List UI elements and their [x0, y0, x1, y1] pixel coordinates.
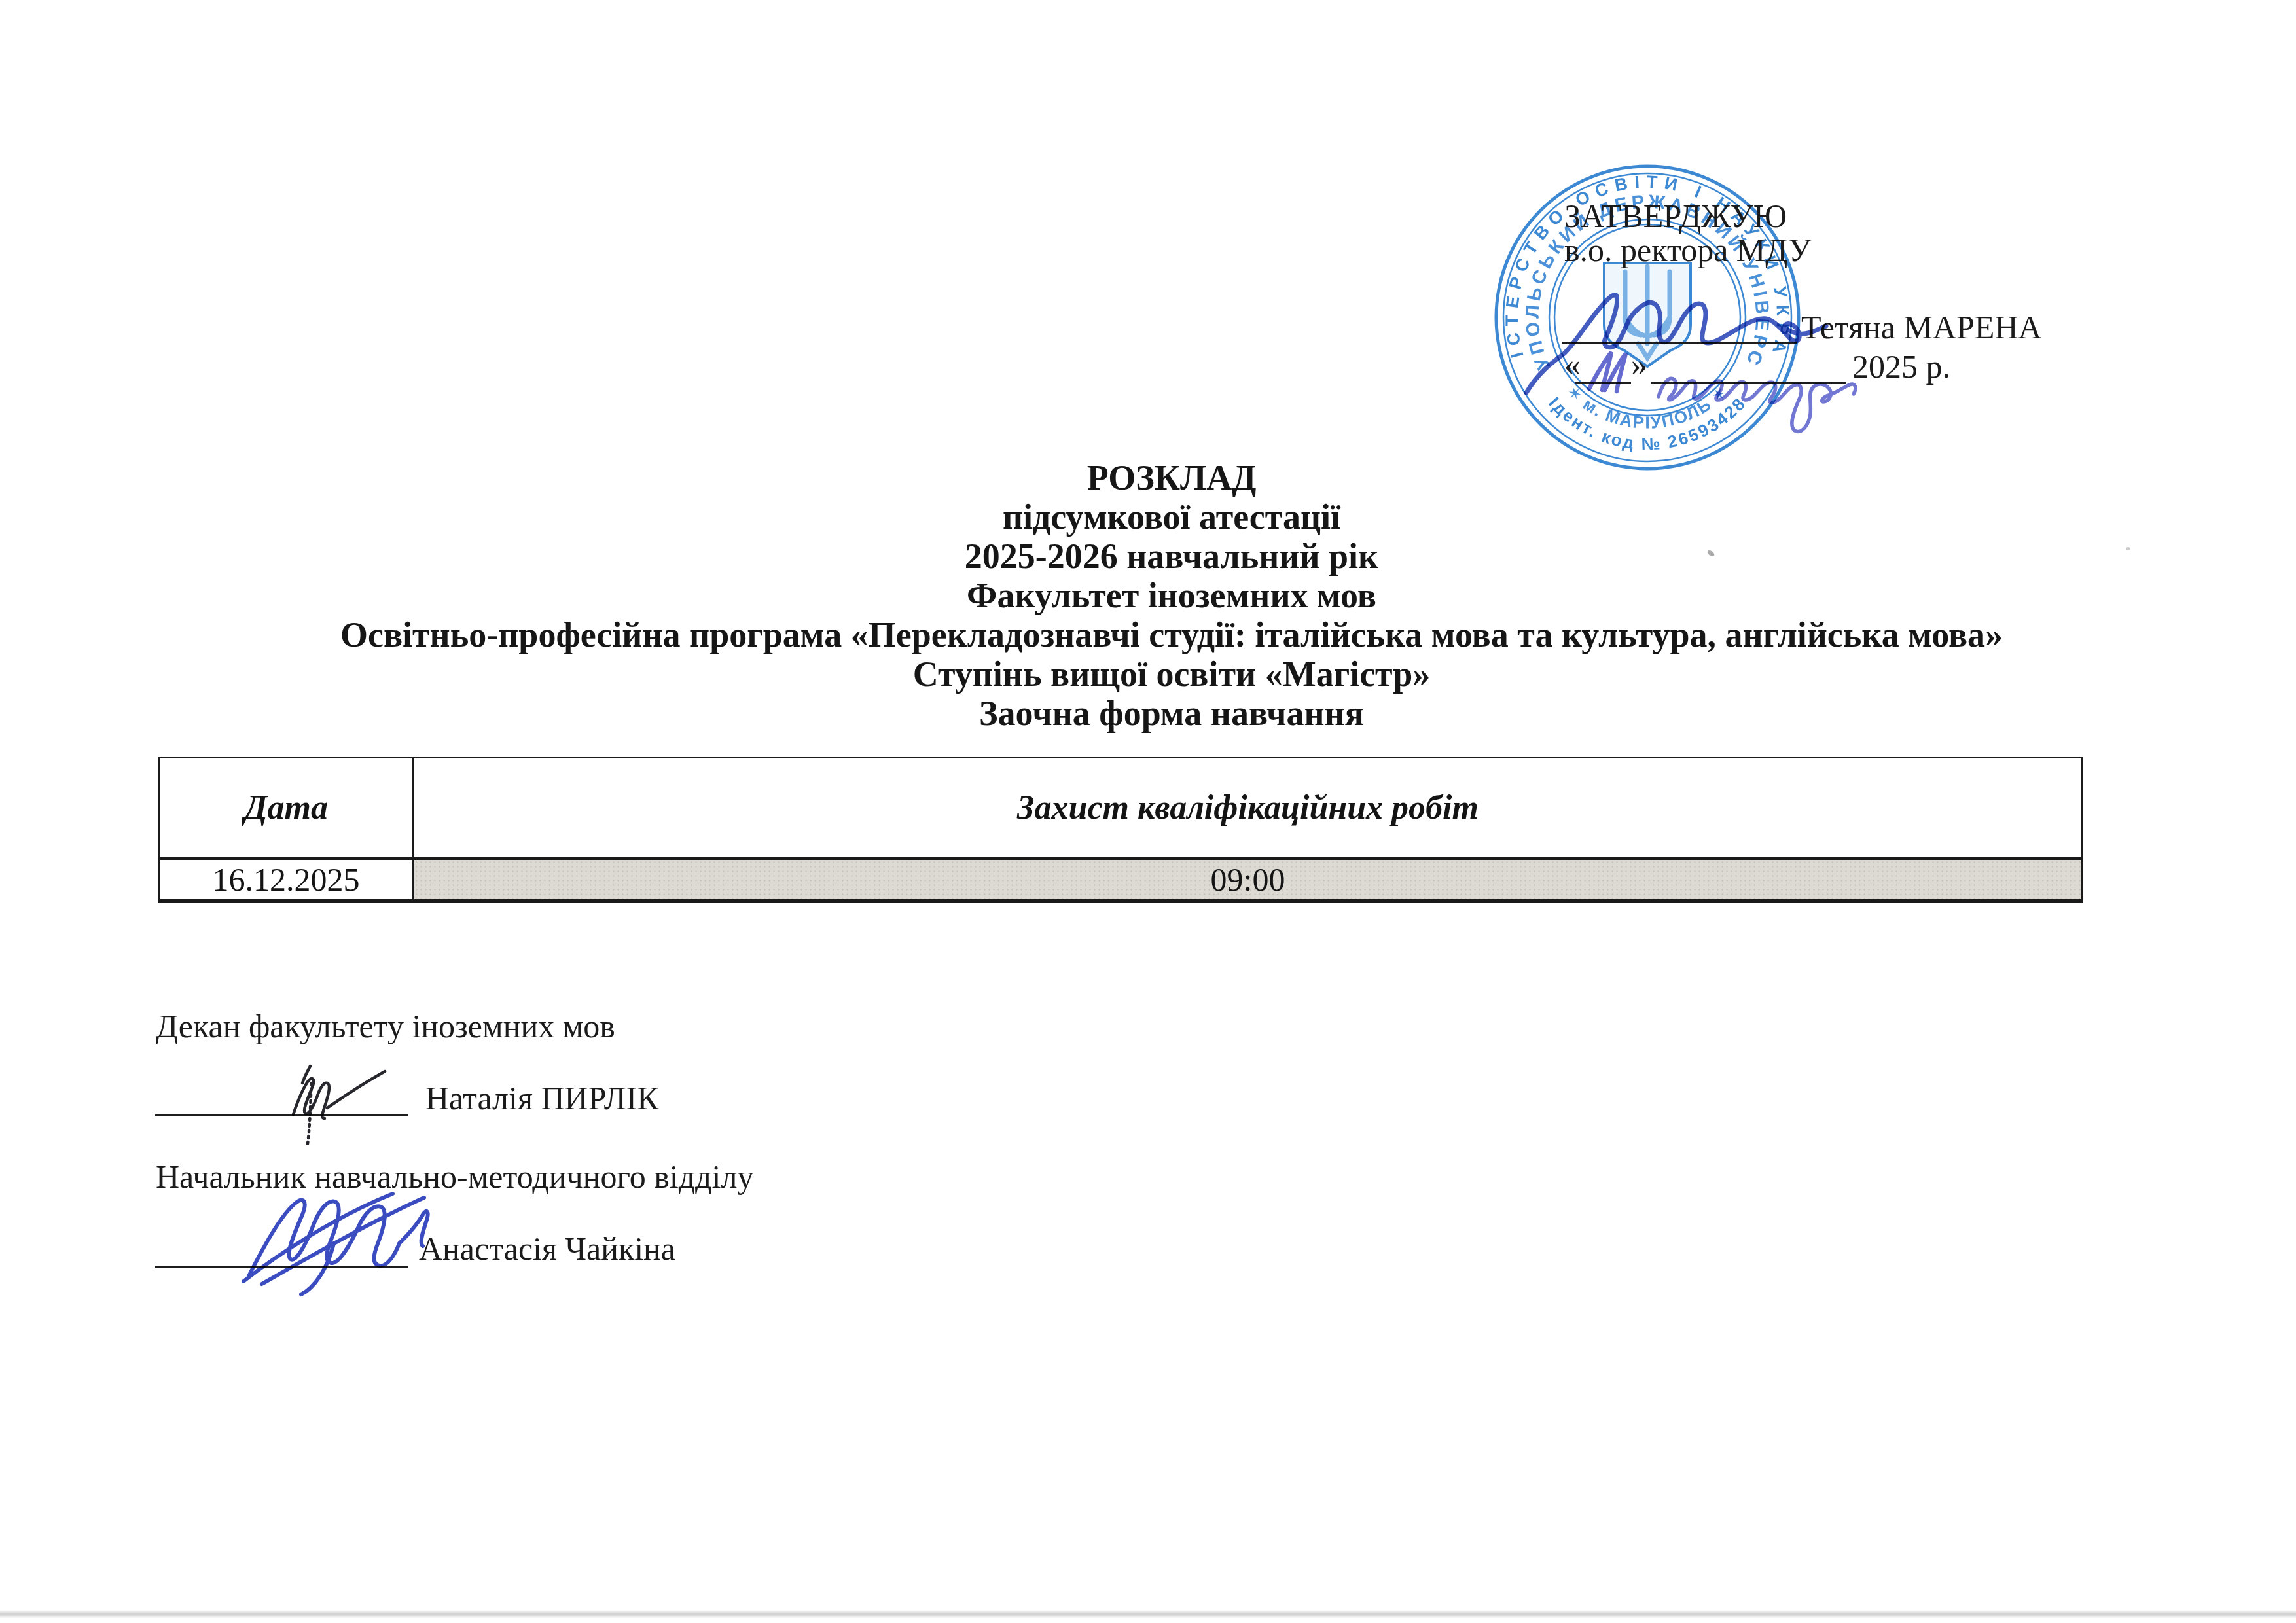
title-line-faculty: Факультет іноземних мов [52, 576, 2291, 615]
title-line-program: Освітньо-професійна програма «Перекладоз… [52, 615, 2291, 654]
scan-edge-artifact [0, 1610, 2296, 1618]
approver-name: Тетяна МАРЕНА [1801, 311, 2042, 344]
title-line-study-form: Заочна форма навчання [52, 694, 2291, 733]
dean-role-label: Декан факультету іноземних мов [156, 1010, 615, 1043]
approver-role: в.о. ректора МДУ [1564, 234, 1811, 266]
dean-signature-ink [293, 1066, 385, 1144]
date-day-blank-line [1575, 382, 1631, 384]
dean-signature-line [155, 1114, 408, 1116]
scanned-document-page: МІНІСТЕРСТВО ОСВІТИ І НАУКИ УКРАЇНИ Іден… [0, 0, 2296, 1623]
scan-speck [2126, 547, 2130, 550]
cell-date-value: 16.12.2025 [160, 860, 414, 899]
schedule-data-row: 16.12.2025 09:00 [160, 860, 2081, 899]
header-cell-date: Дата [160, 758, 414, 857]
date-quote-close: » [1631, 348, 1647, 381]
head-role-label: Начальник навчально-методичного відділу [156, 1160, 753, 1193]
approver-signature-line [1562, 342, 1797, 344]
schedule-table: Дата Захист кваліфікаційних робіт 16.12.… [158, 757, 2083, 903]
title-line-academic-year: 2025-2026 навчальний рік [52, 537, 2291, 576]
head-signature-ink [243, 1194, 428, 1294]
trident-shield-icon [1604, 263, 1691, 366]
dean-name: Наталія ПИРЛІК [425, 1082, 659, 1115]
head-name: Анастасія Чайкіна [419, 1232, 675, 1265]
schedule-header-row: Дата Захист кваліфікаційних робіт [160, 758, 2081, 860]
title-line-rozklad: РОЗКЛАД [52, 458, 2291, 497]
handwritten-month-value: листопада [0, 0, 1, 1]
title-line-attestation: підсумкової атестації [52, 497, 2291, 537]
head-signature-line [155, 1266, 408, 1268]
date-quote-open: « [1564, 348, 1581, 381]
document-title-block: РОЗКЛАД підсумкової атестації 2025-2026 … [52, 458, 2291, 733]
handwritten-day-value: 11 [0, 0, 1, 1]
approval-word: ЗАТВЕРДЖУЮ [1564, 200, 1787, 232]
date-year: 2025 р. [1852, 350, 1950, 383]
cell-time-value: 09:00 [414, 860, 2081, 899]
date-month-blank-line [1651, 382, 1846, 384]
header-cell-defense: Захист кваліфікаційних робіт [414, 758, 2081, 857]
title-line-degree: Ступінь вищої освіти «Магістр» [52, 654, 2291, 694]
